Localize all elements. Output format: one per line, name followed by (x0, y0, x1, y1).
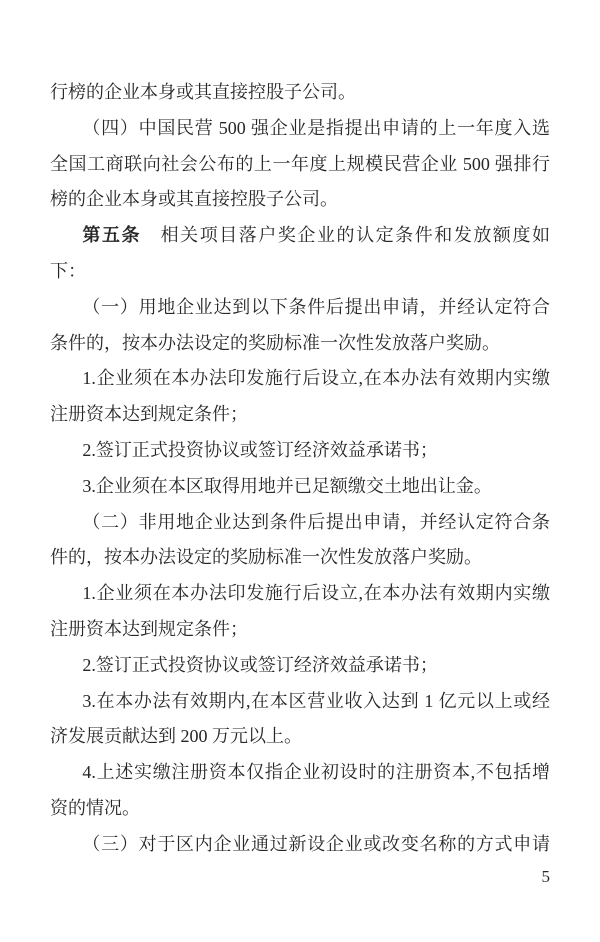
article-number: 第五条 (82, 225, 141, 245)
line-text: 下： (50, 261, 86, 281)
text-line: 第五条 相关项目落户奖企业的认定条件和发放额度如 (50, 218, 550, 254)
text-line: 1.企业须在本办法印发施行后设立,在本办法有效期内实缴 (50, 361, 550, 397)
line-text: 1.企业须在本办法印发施行后设立,在本办法有效期内实缴 (82, 583, 550, 603)
text-line: 注册资本达到规定条件； (50, 612, 550, 648)
line-text: （二）非用地企业达到条件后提出申请，并经认定符合条 (82, 512, 550, 532)
line-text: 全国工商联向社会公布的上一年度上规模民营企业 500 强排行 (50, 154, 550, 174)
line-text: 3.在本办法有效期内,在本区营业收入达到 1 亿元以上或经 (82, 691, 550, 711)
line-text: 2.签订正式投资协议或签订经济效益承诺书； (82, 655, 438, 675)
line-text: 济发展贡献达到 200 万元以上。 (50, 726, 302, 746)
text-line: 条件的，按本办法设定的奖励标准一次性发放落户奖励。 (50, 326, 550, 362)
text-line: （四）中国民营 500 强企业是指提出申请的上一年度入选 (50, 111, 550, 147)
line-text: （三）对于区内企业通过新设企业或改变名称的方式申请 (82, 834, 550, 854)
text-line: 下： (50, 254, 550, 290)
text-line: 全国工商联向社会公布的上一年度上规模民营企业 500 强排行 (50, 147, 550, 183)
text-line: 资的情况。 (50, 791, 550, 827)
text-line: （二）非用地企业达到条件后提出申请，并经认定符合条 (50, 505, 550, 541)
text-line: 1.企业须在本办法印发施行后设立,在本办法有效期内实缴 (50, 576, 550, 612)
line-text: 件的，按本办法设定的奖励标准一次性发放落户奖励。 (50, 547, 482, 567)
line-text: 行榜的企业本身或其直接控股子公司。 (50, 82, 356, 102)
text-line: 3.企业须在本区取得用地并已足额缴交土地出让金。 (50, 469, 550, 505)
line-text: 条件的，按本办法设定的奖励标准一次性发放落户奖励。 (50, 333, 500, 353)
text-line: 2.签订正式投资协议或签订经济效益承诺书； (50, 433, 550, 469)
text-line: 件的，按本办法设定的奖励标准一次性发放落户奖励。 (50, 540, 550, 576)
line-text: 榜的企业本身或其直接控股子公司。 (50, 189, 338, 209)
text-line: 榜的企业本身或其直接控股子公司。 (50, 182, 550, 218)
line-text: 1.企业须在本办法印发施行后设立,在本办法有效期内实缴 (82, 368, 550, 388)
text-line: 2.签订正式投资协议或签订经济效益承诺书； (50, 648, 550, 684)
line-text: 资的情况。 (50, 798, 140, 818)
line-text: 2.签订正式投资协议或签订经济效益承诺书； (82, 440, 438, 460)
line-text: 相关项目落户奖企业的认定条件和发放额度如 (141, 225, 550, 245)
text-line: 3.在本办法有效期内,在本区营业收入达到 1 亿元以上或经 (50, 684, 550, 720)
text-line: 4.上述实缴注册资本仅指企业初设时的注册资本,不包括增 (50, 755, 550, 791)
line-text: 3.企业须在本区取得用地并已足额缴交土地出让金。 (82, 476, 492, 496)
document-body: 行榜的企业本身或其直接控股子公司。（四）中国民营 500 强企业是指提出申请的上… (50, 75, 550, 863)
line-text: 注册资本达到规定条件； (50, 404, 248, 424)
line-text: 注册资本达到规定条件； (50, 619, 248, 639)
text-line: 行榜的企业本身或其直接控股子公司。 (50, 75, 550, 111)
text-line: （三）对于区内企业通过新设企业或改变名称的方式申请 (50, 827, 550, 863)
text-line: 济发展贡献达到 200 万元以上。 (50, 719, 550, 755)
line-text: （四）中国民营 500 强企业是指提出申请的上一年度入选 (82, 118, 550, 138)
page-number: 5 (490, 866, 550, 888)
text-line: 注册资本达到规定条件； (50, 397, 550, 433)
text-line: （一）用地企业达到以下条件后提出申请，并经认定符合 (50, 290, 550, 326)
line-text: 4.上述实缴注册资本仅指企业初设时的注册资本,不包括增 (82, 762, 550, 782)
document-page: 行榜的企业本身或其直接控股子公司。（四）中国民营 500 强企业是指提出申请的上… (0, 0, 600, 942)
line-text: （一）用地企业达到以下条件后提出申请，并经认定符合 (82, 297, 550, 317)
